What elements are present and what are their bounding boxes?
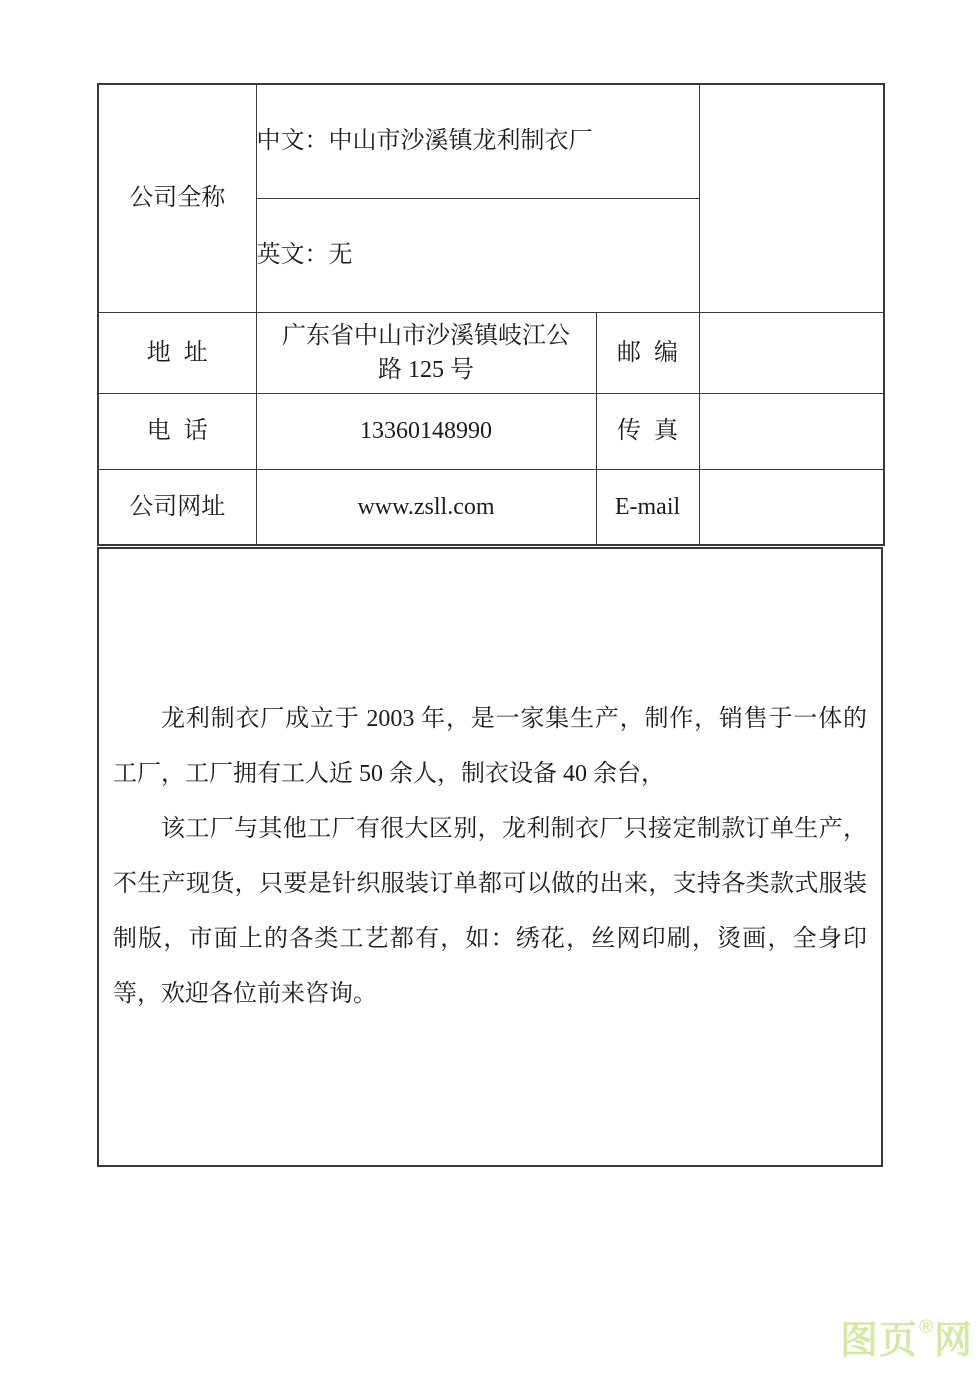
address-value: 广东省中山市沙溪镇岐江公 路 125 号 [256, 312, 596, 393]
table-row: 地 址 广东省中山市沙溪镇岐江公 路 125 号 邮 编 [98, 312, 884, 393]
email-value [699, 469, 884, 545]
fax-label: 传 真 [596, 393, 699, 469]
postal-code-value [699, 312, 884, 393]
website-label: 公司网址 [98, 469, 256, 545]
website-value: www.zsll.com [256, 469, 596, 545]
watermark-text-before: 图页 [840, 1320, 918, 1362]
email-label: E-mail [596, 469, 699, 545]
document-page: 公司全称 中文：中山市沙溪镇龙利制衣厂 英文：无 地 址 广东省中山市沙溪镇岐江… [0, 0, 979, 1373]
watermark-text-after: 网 [934, 1320, 973, 1362]
address-label: 地 址 [98, 312, 256, 393]
description-paragraph: 龙利制衣厂成立于 2003 年，是一家集生产，制作，销售于一体的工厂，工厂拥有工… [113, 692, 867, 802]
table-row: 公司网址 www.zsll.com E-mail [98, 469, 884, 545]
company-info-table: 公司全称 中文：中山市沙溪镇龙利制衣厂 英文：无 地 址 广东省中山市沙溪镇岐江… [97, 83, 885, 546]
table-row: 公司全称 中文：中山市沙溪镇龙利制衣厂 [98, 84, 884, 198]
company-name-english: 英文：无 [256, 198, 699, 312]
table-row: 电 话 13360148990 传 真 [98, 393, 884, 469]
description-paragraph: 该工厂与其他工厂有很大区别，龙利制衣厂只接定制款订单生产，不生产现货，只要是针织… [113, 802, 867, 1022]
registered-trademark-icon: ® [918, 1317, 934, 1338]
watermark-logo: 图页®网 [840, 1309, 973, 1364]
company-name-label: 公司全称 [98, 84, 256, 312]
fax-value [699, 393, 884, 469]
company-description-cell: 龙利制衣厂成立于 2003 年，是一家集生产，制作，销售于一体的工厂，工厂拥有工… [97, 547, 883, 1167]
phone-value: 13360148990 [256, 393, 596, 469]
company-name-chinese: 中文：中山市沙溪镇龙利制衣厂 [256, 84, 699, 198]
phone-label: 电 话 [98, 393, 256, 469]
company-name-extra-cell [699, 84, 884, 312]
postal-code-label: 邮 编 [596, 312, 699, 393]
